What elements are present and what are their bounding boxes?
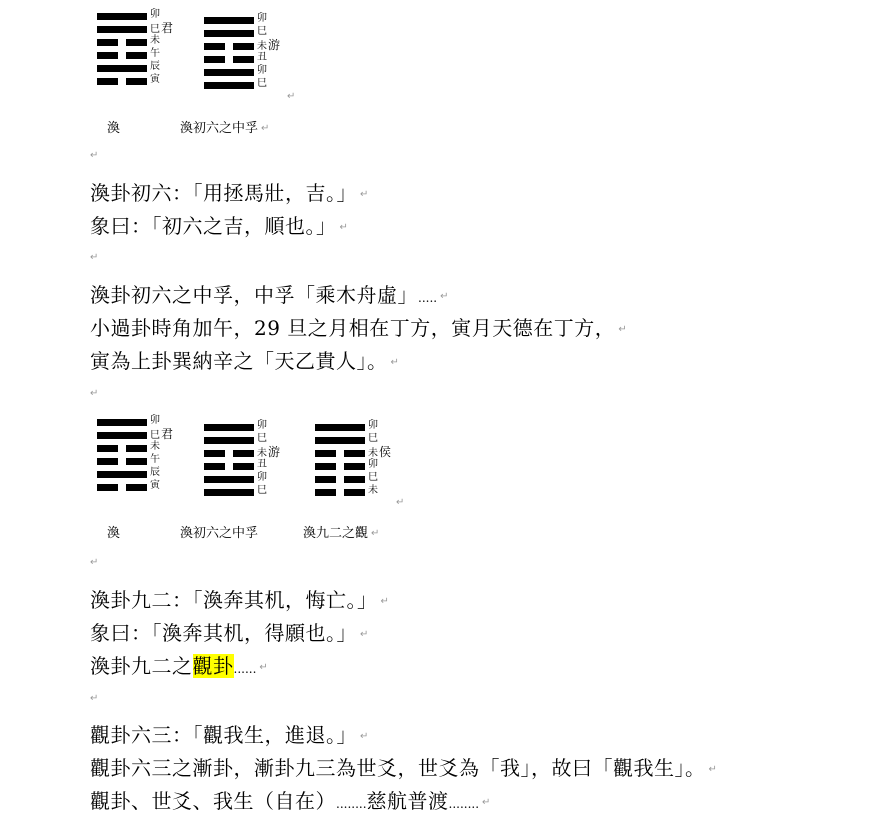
yin-line: 巳 <box>315 476 365 483</box>
yin-line: 未 <box>97 445 147 452</box>
empty-paragraph: ↵ <box>90 388 98 399</box>
line-annotation: 游 <box>268 38 280 52</box>
solid-bar <box>97 26 147 33</box>
broken-bar <box>233 56 254 63</box>
earthly-branch: 卯 <box>257 65 267 76</box>
broken-bar <box>204 43 225 50</box>
broken-bar <box>233 463 254 470</box>
line-branch-label: 巳 <box>257 78 267 90</box>
yin-line: 午 <box>97 52 147 59</box>
hexagram-huan-to-guan: 卯巳未侯卯巳未 <box>315 424 365 502</box>
line-branch-label: 丑 <box>257 459 267 471</box>
earthly-branch: 丑 <box>257 459 267 470</box>
yang-line: 辰 <box>97 471 147 478</box>
broken-bar <box>344 463 365 470</box>
text-line: 觀卦六三：「觀我生，進退。」↵ <box>90 722 369 750</box>
earthly-branch: 卯 <box>150 415 160 426</box>
solid-bar <box>204 437 254 444</box>
yin-line: 午 <box>97 458 147 465</box>
broken-bar <box>204 450 225 457</box>
broken-bar <box>315 463 336 470</box>
yin-line: 未 <box>97 39 147 46</box>
line-branch-label: 巳 <box>257 485 267 497</box>
line-branch-label: 卯 <box>257 65 267 77</box>
earthly-branch: 未 <box>257 448 267 459</box>
hexagram-caption: 渙 <box>107 117 120 136</box>
line-branch-label: 寅 <box>150 74 160 86</box>
line-branch-label: 未游 <box>257 446 280 460</box>
yin-line: 丑 <box>204 56 254 63</box>
broken-bar <box>344 489 365 496</box>
line-branch-label: 巳君 <box>150 22 173 36</box>
yang-line: 卯 <box>204 424 254 431</box>
hexagram-huan-to-zhongfu: 卯巳未游丑卯巳 <box>204 17 254 95</box>
broken-bar <box>126 52 147 59</box>
line-branch-label: 巳 <box>257 26 267 38</box>
yin-line: 卯 <box>315 463 365 470</box>
line-branch-label: 卯 <box>257 420 267 432</box>
earthly-branch: 午 <box>150 454 160 465</box>
line-branch-label: 巳 <box>257 433 267 445</box>
text-line: 觀卦六三之漸卦，漸卦九三為世爻，世爻為「我」，故曰「觀我生」。↵ <box>90 755 717 783</box>
line-branch-label: 巳 <box>368 433 378 445</box>
line-branch-label: 辰 <box>150 61 160 73</box>
line-branch-label: 未 <box>150 441 160 453</box>
earthly-branch: 卯 <box>150 9 160 20</box>
earthly-branch: 寅 <box>150 480 160 491</box>
hexagram-caption: 渙 <box>107 522 120 541</box>
earthly-branch: 巳 <box>368 472 378 483</box>
line-branch-label: 丑 <box>257 52 267 64</box>
text-line: 渙卦初六：「用拯馬壯，吉。」↵ <box>90 180 369 208</box>
line-branch-label: 卯 <box>150 9 160 21</box>
earthly-branch: 卯 <box>257 420 267 431</box>
earthly-branch: 巳 <box>257 433 267 444</box>
yang-line: 巳 <box>204 489 254 496</box>
yang-line: 辰 <box>97 65 147 72</box>
earthly-branch: 未 <box>150 441 160 452</box>
broken-bar <box>97 39 118 46</box>
earthly-branch: 巳 <box>257 26 267 37</box>
empty-paragraph: ↵ <box>90 693 98 704</box>
line-branch-label: 卯 <box>368 459 378 471</box>
broken-bar <box>97 52 118 59</box>
earthly-branch: 辰 <box>150 61 160 72</box>
line-annotation: 游 <box>268 445 280 459</box>
line-annotation: 君 <box>161 427 173 441</box>
earthly-branch: 巳 <box>257 78 267 89</box>
line-branch-label: 卯 <box>257 472 267 484</box>
yin-line: 未侯 <box>315 450 365 457</box>
line-branch-label: 卯 <box>257 13 267 25</box>
broken-bar <box>97 484 118 491</box>
line-branch-label: 卯 <box>150 415 160 427</box>
empty-paragraph: ↵ <box>90 557 98 568</box>
broken-bar <box>315 450 336 457</box>
earthly-branch: 未 <box>257 41 267 52</box>
hexagram-huan: 卯巳君未午辰寅 <box>97 419 147 497</box>
yin-line: 未 <box>315 489 365 496</box>
solid-bar <box>97 13 147 20</box>
earthly-branch: 巳 <box>150 430 160 441</box>
line-annotation: 侯 <box>379 445 391 459</box>
earthly-branch: 寅 <box>150 74 160 85</box>
earthly-branch: 午 <box>150 48 160 59</box>
solid-bar <box>204 17 254 24</box>
hexagram-caption: 渙初六之中孚↵ <box>180 117 269 136</box>
line-branch-label: 巳 <box>368 472 378 484</box>
solid-bar <box>204 82 254 89</box>
broken-bar <box>204 56 225 63</box>
paragraph-mark: ↵ <box>396 497 404 508</box>
yang-line: 巳 <box>315 437 365 444</box>
paragraph-mark: ↵ <box>287 91 295 102</box>
yang-line: 卯 <box>97 13 147 20</box>
yang-line: 巳 <box>204 30 254 37</box>
earthly-branch: 未 <box>150 35 160 46</box>
hexagram-caption: 渙九二之觀↵ <box>303 522 379 541</box>
earthly-branch: 巳 <box>150 24 160 35</box>
earthly-branch: 巳 <box>257 485 267 496</box>
broken-bar <box>204 463 225 470</box>
solid-bar <box>204 424 254 431</box>
yang-line: 卯 <box>97 419 147 426</box>
text-line: 渙卦九二：「渙奔其机，悔亡。」↵ <box>90 587 389 615</box>
line-branch-label: 辰 <box>150 467 160 479</box>
solid-bar <box>97 419 147 426</box>
hexagram-huan-to-zhongfu: 卯巳未游丑卯巳 <box>204 424 254 502</box>
text-line: 渙卦九二之觀卦......↵ <box>90 653 268 682</box>
earthly-branch: 卯 <box>257 472 267 483</box>
yang-line: 卯 <box>204 476 254 483</box>
broken-bar <box>126 445 147 452</box>
broken-bar <box>126 484 147 491</box>
yang-line: 卯 <box>315 424 365 431</box>
solid-bar <box>204 69 254 76</box>
yang-line: 卯 <box>204 69 254 76</box>
text-line: 寅為上卦巽納辛之「天乙貴人」。↵ <box>90 348 399 376</box>
broken-bar <box>126 458 147 465</box>
yang-line: 巳君 <box>97 26 147 33</box>
text-line: 小過卦時角加午，29 旦之月相在丁方，寅月天德在丁方，↵ <box>90 315 627 343</box>
solid-bar <box>97 471 147 478</box>
earthly-branch: 丑 <box>257 52 267 63</box>
broken-bar <box>126 78 147 85</box>
yin-line: 未游 <box>204 43 254 50</box>
line-branch-label: 未 <box>368 485 378 497</box>
earthly-branch: 卯 <box>368 420 378 431</box>
yin-line: 未游 <box>204 450 254 457</box>
solid-bar <box>97 65 147 72</box>
yang-line: 巳 <box>204 82 254 89</box>
solid-bar <box>204 489 254 496</box>
solid-bar <box>97 432 147 439</box>
solid-bar <box>315 437 365 444</box>
solid-bar <box>204 476 254 483</box>
text-line: 象曰：「渙奔其机，得願也。」↵ <box>90 620 369 648</box>
broken-bar <box>97 445 118 452</box>
line-branch-label: 未侯 <box>368 446 391 460</box>
broken-bar <box>233 43 254 50</box>
line-annotation: 君 <box>161 21 173 35</box>
empty-paragraph: ↵ <box>90 252 98 263</box>
broken-bar <box>233 450 254 457</box>
solid-bar <box>315 424 365 431</box>
broken-bar <box>97 78 118 85</box>
yang-line: 巳君 <box>97 432 147 439</box>
earthly-branch: 未 <box>368 485 378 496</box>
line-branch-label: 巳君 <box>150 428 173 442</box>
solid-bar <box>204 30 254 37</box>
text-line: 渙卦初六之中孚，中孚「乘木舟虛」.....↵ <box>90 282 449 311</box>
line-branch-label: 午 <box>150 454 160 466</box>
earthly-branch: 卯 <box>257 13 267 24</box>
broken-bar <box>97 458 118 465</box>
earthly-branch: 卯 <box>368 459 378 470</box>
hexagram-caption: 渙初六之中孚 <box>180 522 258 541</box>
earthly-branch: 未 <box>368 448 378 459</box>
yin-line: 寅 <box>97 484 147 491</box>
line-branch-label: 寅 <box>150 480 160 492</box>
yang-line: 卯 <box>204 17 254 24</box>
line-branch-label: 未游 <box>257 39 280 53</box>
broken-bar <box>315 476 336 483</box>
highlighted-text: 觀卦 <box>193 654 234 678</box>
line-branch-label: 未 <box>150 35 160 47</box>
broken-bar <box>315 489 336 496</box>
broken-bar <box>344 450 365 457</box>
broken-bar <box>344 476 365 483</box>
line-branch-label: 卯 <box>368 420 378 432</box>
line-branch-label: 午 <box>150 48 160 60</box>
earthly-branch: 辰 <box>150 467 160 478</box>
yang-line: 巳 <box>204 437 254 444</box>
yin-line: 寅 <box>97 78 147 85</box>
empty-paragraph: ↵ <box>90 150 98 161</box>
yin-line: 丑 <box>204 463 254 470</box>
text-line: 觀卦、世爻、我生（自在）........慈航普渡........↵ <box>90 788 491 817</box>
text-line: 象曰：「初六之吉，順也。」↵ <box>90 213 348 241</box>
broken-bar <box>126 39 147 46</box>
earthly-branch: 巳 <box>368 433 378 444</box>
hexagram-huan: 卯巳君未午辰寅 <box>97 13 147 91</box>
